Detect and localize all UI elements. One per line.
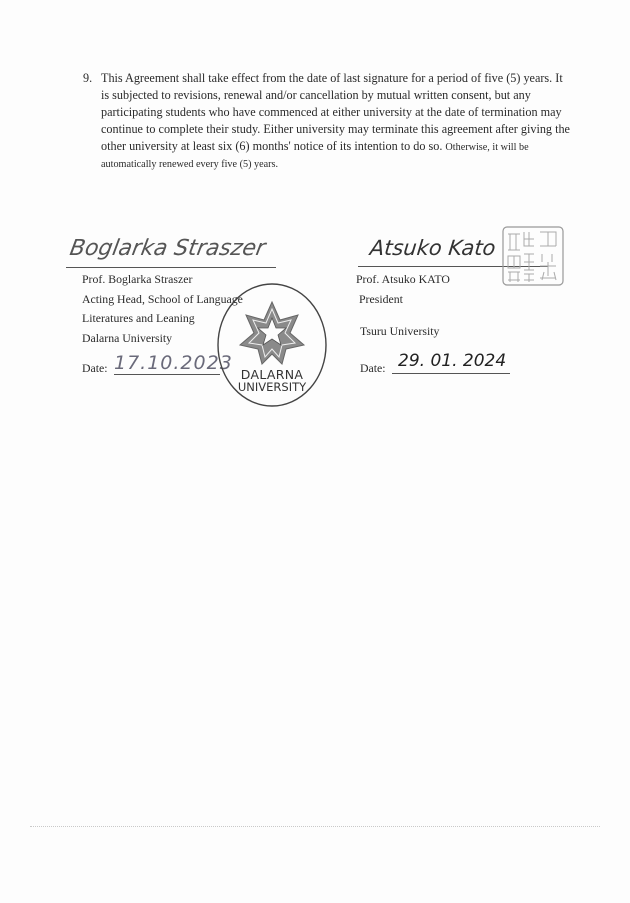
clause-text-small: Otherwise, it will be [445, 142, 528, 153]
clause-line: is subjected to revisions, renewal and/o… [101, 87, 583, 104]
tsuru-seal [502, 226, 564, 286]
right-date-line [392, 373, 510, 374]
left-signature-line [66, 267, 276, 268]
clause-body: This Agreement shall take effect from th… [101, 70, 583, 173]
clause-text: other university at least six (6) months… [101, 139, 442, 153]
right-date-value: 29. 01. 2024 [398, 351, 506, 371]
clause-line: participating students who have commence… [101, 104, 583, 121]
left-signature: Boglarka Straszer [68, 236, 267, 261]
clause-number: 9. [83, 70, 92, 87]
footer-dotted-line [30, 826, 600, 827]
dalarna-stamp: DALARNA UNIVERSITY [216, 282, 328, 408]
seal-icon [502, 226, 564, 286]
left-date-value: 17.10.2023 [114, 352, 233, 374]
right-signatory-institution: Tsuru University [360, 322, 439, 342]
right-signatory-title: President [359, 290, 450, 310]
right-signatory-name: Prof. Atsuko KATO [356, 270, 450, 290]
clause-line: continue to complete their study. Either… [101, 121, 583, 138]
right-signature: Atsuko Kato [369, 236, 497, 260]
clause-line: automatically renewed every five (5) yea… [101, 157, 583, 174]
clause-line: This Agreement shall take effect from th… [101, 70, 583, 87]
left-date-label: Date: [82, 361, 108, 376]
right-date-label: Date: [360, 361, 386, 376]
right-signatory-block: Prof. Atsuko KATO President [357, 270, 450, 309]
clause-9: 9. This Agreement shall take effect from… [83, 70, 583, 173]
left-date-line [114, 374, 220, 375]
clause-line: other university at least six (6) months… [101, 138, 583, 157]
stamp-text-2: UNIVERSITY [216, 380, 328, 394]
